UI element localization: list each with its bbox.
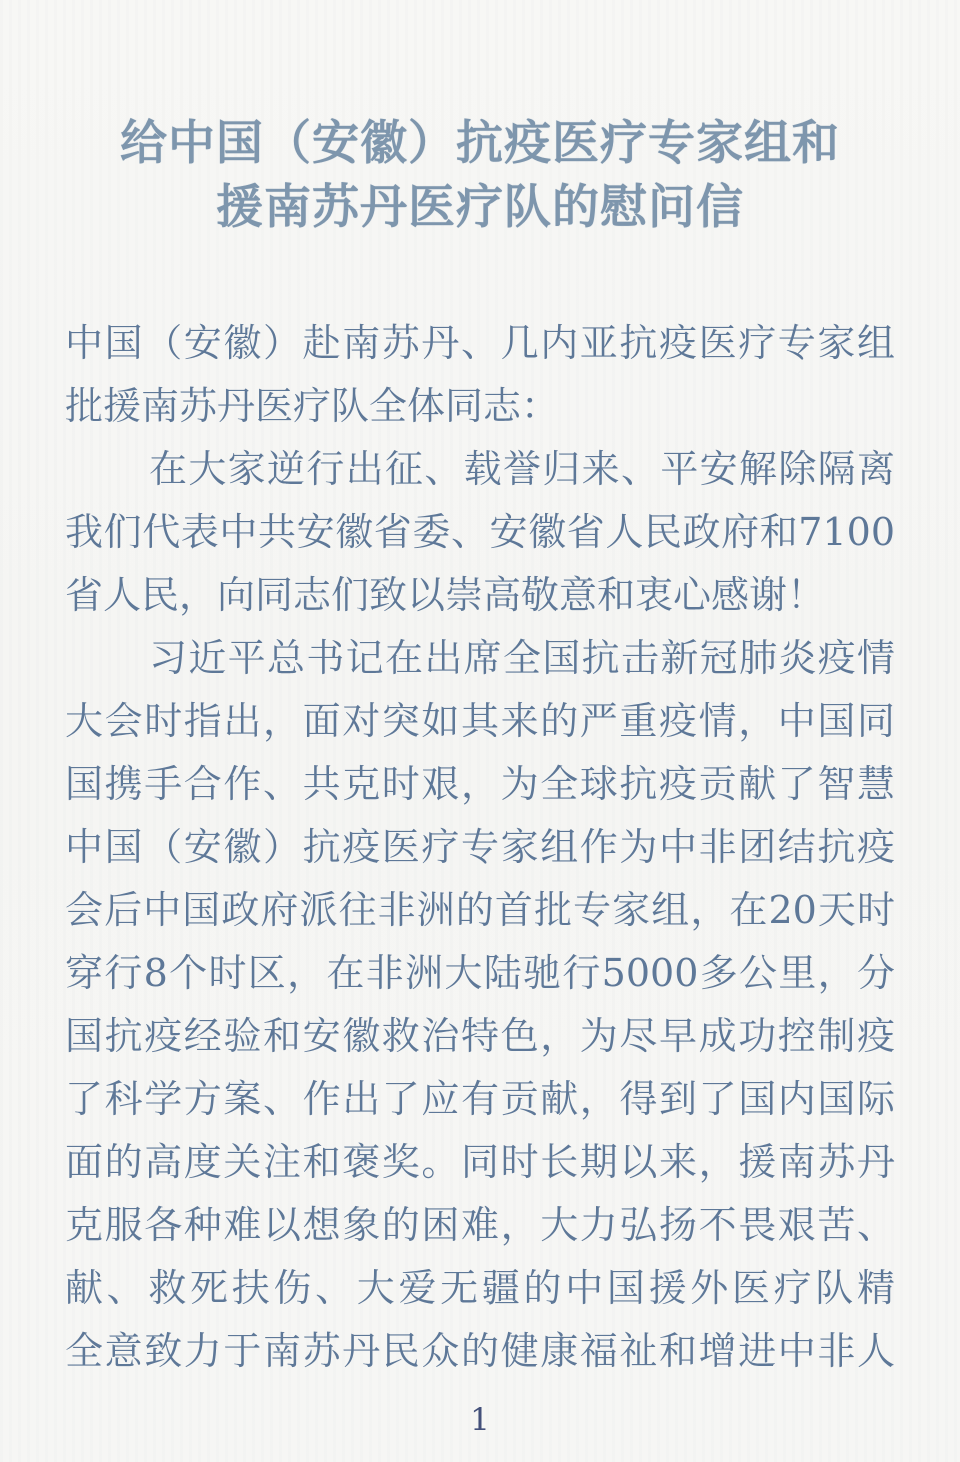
letter-body-line: 献、救死扶伤、大爱无疆的中国援外医疗队精神，全心 <box>65 1257 895 1320</box>
letter-body-line: 省人民，向同志们致以崇高敬意和衷心感谢！ <box>65 564 895 627</box>
letter-page: 给中国（安徽）抗疫医疗专家组和 援南苏丹医疗队的慰问信 中国（安徽）赴南苏丹、几… <box>0 0 960 1462</box>
letter-title-line-2: 援南苏丹医疗队的慰问信 <box>0 176 960 240</box>
letter-body-line: 大会时指出，面对突如其来的严重疫情，中国同世界各 <box>65 690 895 753</box>
letter-body: 中国（安徽）赴南苏丹、几内亚抗疫医疗专家组和第七批援南苏丹医疗队全体同志：在大家… <box>65 312 895 1383</box>
letter-body-line: 我们代表中共安徽省委、安徽省人民政府和7100万全 <box>65 501 895 564</box>
letter-body-line: 会后中国政府派往非洲的首批专家组，在20天时间里， <box>65 879 895 942</box>
letter-body-line: 面的高度关注和褒奖。同时长期以来，援南苏丹医疗队 <box>65 1131 895 1194</box>
letter-body-line: 国抗疫经验和安徽救治特色，为尽早成功控制疫情提供 <box>65 1005 895 1068</box>
letter-body-line: 国携手合作、共克时艰，为全球抗疫贡献了智慧和力量。 <box>65 753 895 816</box>
page-footer: 1 <box>0 1400 960 1440</box>
letter-body-line: 批援南苏丹医疗队全体同志： <box>65 375 895 438</box>
letter-body-line: 在大家逆行出征、载誉归来、平安解除隔离之际， <box>65 438 895 501</box>
page-number: 1 <box>470 1402 490 1438</box>
letter-body-line: 中国（安徽）抗疫医疗专家组作为中非团结抗疫特别峰 <box>65 816 895 879</box>
letter-title: 给中国（安徽）抗疫医疗专家组和 援南苏丹医疗队的慰问信 <box>0 0 960 240</box>
letter-body-line: 中国（安徽）赴南苏丹、几内亚抗疫医疗专家组和第七 <box>65 312 895 375</box>
letter-body-line: 穿行8个时区，在非洲大陆驰行5000多公里，分享中 <box>65 942 895 1005</box>
letter-body-line: 全意致力于南苏丹民众的健康福祉和增进中非人民友 <box>65 1320 895 1383</box>
letter-body-line: 习近平总书记在出席全国抗击新冠肺炎疫情表彰 <box>65 627 895 690</box>
letter-title-line-1: 给中国（安徽）抗疫医疗专家组和 <box>0 112 960 176</box>
letter-body-line: 克服各种难以想象的困难，大力弘扬不畏艰苦、甘于奉 <box>65 1194 895 1257</box>
letter-body-line: 了科学方案、作出了应有贡献，得到了国内国际方方面 <box>65 1068 895 1131</box>
